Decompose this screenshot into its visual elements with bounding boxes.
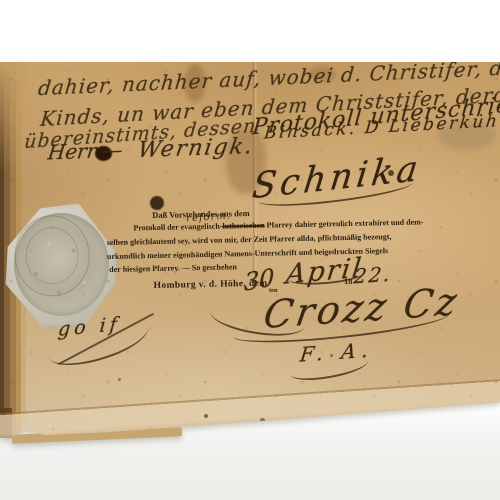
printed-line-2: Protokoll der evangelisch-lutherischen P… — [133, 217, 423, 232]
struck-word-lutherischen: lutherischen — [222, 221, 264, 231]
speck — [118, 378, 121, 381]
paper-sheet: dahier, nachher auf, wobei d. Christifer… — [0, 62, 500, 438]
printed-line-2-post: Pfarrey dahier getreulich extrahiret und… — [265, 217, 424, 229]
photo-canvas: dahier, nachher auf, wobei d. Christifer… — [0, 0, 500, 500]
year-prefix-printed: 18 — [344, 276, 353, 286]
printed-line-5: der hiesigen Pfarrey. — So geschehen — [109, 262, 237, 274]
ink-blot — [150, 196, 164, 210]
printed-line-2-pre: Protokoll der evangelisch- — [133, 222, 222, 233]
signature-wernigk: Wernigk. — [136, 134, 256, 163]
embossed-paper-seal — [3, 202, 120, 330]
printed-line-3: selben gleichlautend sey, wird von mir, … — [107, 232, 392, 247]
salutation-herr: Herr — — [47, 138, 125, 165]
document-photo: dahier, nachher auf, wobei d. Christifer… — [0, 0, 500, 500]
